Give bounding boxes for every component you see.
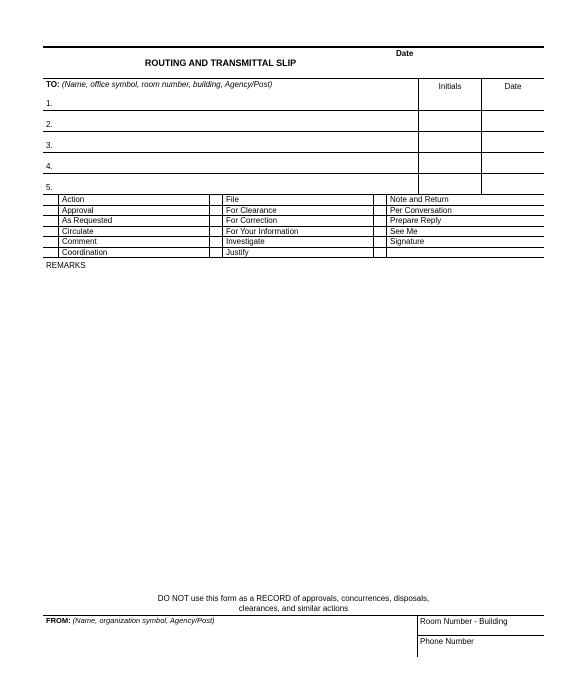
checkbox-action[interactable] (44, 195, 58, 204)
from-field[interactable] (43, 627, 417, 657)
recipient-5-initials-field[interactable] (419, 176, 480, 193)
checkbox-note-and-return[interactable] (375, 195, 386, 204)
recipient-5-date-field[interactable] (482, 176, 543, 193)
room-number-label: Room Number - Building (420, 617, 508, 627)
recipient-3-field[interactable] (56, 134, 416, 151)
recipient-4-field[interactable] (56, 155, 416, 172)
action-label-investigate: Investigate (226, 237, 265, 247)
action-grid-divider (386, 194, 387, 257)
checkbox-file[interactable] (211, 195, 222, 204)
phone-number-label: Phone Number (420, 637, 474, 647)
date-header: Date (482, 82, 544, 92)
recipient-row-rule (43, 110, 544, 111)
phone-number-field[interactable] (418, 647, 544, 657)
checkbox-circulate[interactable] (44, 227, 58, 236)
checkbox-for-correction[interactable] (211, 216, 222, 225)
slip-date-field[interactable] (396, 60, 544, 76)
recipient-row-rule (43, 152, 544, 153)
recipient-row-rule (43, 131, 544, 132)
room-number-field[interactable] (418, 627, 544, 635)
action-label-for-your-information: For Your Information (226, 227, 298, 237)
action-grid-divider (58, 194, 59, 257)
notice-line-1: DO NOT use this form as a RECORD of appr… (43, 594, 544, 604)
from-hint: (Name, organization symbol, Agency/Post) (73, 616, 215, 625)
action-label-as-requested: As Requested (62, 216, 112, 226)
to-hint: (Name, office symbol, room number, build… (62, 80, 272, 89)
recipient-1-date-field[interactable] (482, 92, 543, 109)
from-header: FROM: (Name, organization symbol, Agency… (46, 616, 215, 626)
action-label-prepare-reply: Prepare Reply (390, 216, 441, 226)
recipient-3-initials-field[interactable] (419, 134, 480, 151)
recipient-number: 5. (46, 183, 53, 193)
recipient-1-initials-field[interactable] (419, 92, 480, 109)
from-label: FROM: (46, 616, 71, 625)
action-label-circulate: Circulate (62, 227, 94, 237)
date-label: Date (396, 49, 413, 59)
recipient-row-rule (43, 194, 544, 195)
checkbox-comment[interactable] (44, 237, 58, 246)
action-grid-rule (43, 257, 544, 258)
checkbox-investigate[interactable] (211, 237, 222, 246)
checkbox-prepare-reply[interactable] (375, 216, 386, 225)
checkbox-approval[interactable] (44, 206, 58, 215)
top-rule (43, 46, 544, 48)
checkbox-per-conversation[interactable] (375, 206, 386, 215)
phone-top-rule (418, 635, 544, 636)
checkbox-justify[interactable] (211, 248, 222, 257)
action-grid-divider (373, 194, 374, 257)
action-grid-rule (43, 205, 544, 206)
action-label-per-conversation: Per Conversation (390, 206, 452, 216)
recipient-4-initials-field[interactable] (419, 155, 480, 172)
recipient-row-rule (43, 173, 544, 174)
recipient-4-date-field[interactable] (482, 155, 543, 172)
initials-header: Initials (419, 82, 481, 92)
recipient-2-initials-field[interactable] (419, 113, 480, 130)
action-label-comment: Comment (62, 237, 97, 247)
recipient-2-date-field[interactable] (482, 113, 543, 130)
action-label-justify: Justify (226, 248, 249, 258)
recipient-2-field[interactable] (56, 113, 416, 130)
remarks-field[interactable] (43, 272, 544, 582)
checkbox-blank[interactable] (375, 248, 386, 257)
title-bottom-rule (43, 78, 544, 79)
notice-line-2: clearances, and similar actions (43, 604, 544, 614)
action-grid-rule (43, 215, 544, 216)
recipient-1-field[interactable] (56, 92, 416, 109)
recipient-number: 1. (46, 99, 53, 109)
to-header: TO: (Name, office symbol, room number, b… (46, 80, 272, 90)
action-label-for-clearance: For Clearance (226, 206, 277, 216)
action-grid-divider (222, 194, 223, 257)
recipient-5-field[interactable] (56, 176, 416, 193)
form-title: ROUTING AND TRANSMITTAL SLIP (43, 58, 398, 69)
action-label-approval: Approval (62, 206, 94, 216)
action-label-action: Action (62, 195, 84, 205)
recipient-number: 2. (46, 120, 53, 130)
recipient-number: 4. (46, 162, 53, 172)
checkbox-see-me[interactable] (375, 227, 386, 236)
action-label-note-and-return: Note and Return (390, 195, 449, 205)
checkbox-coordination[interactable] (44, 248, 58, 257)
action-grid-rule (43, 247, 544, 248)
remarks-label: REMARKS (46, 261, 86, 271)
action-label-file: File (226, 195, 239, 205)
action-grid-divider (209, 194, 210, 257)
to-label: TO: (46, 80, 60, 89)
checkbox-for-your-information[interactable] (211, 227, 222, 236)
action-label-for-correction: For Correction (226, 216, 277, 226)
checkbox-signature[interactable] (375, 237, 386, 246)
action-label-coordination: Coordination (62, 248, 107, 258)
recipient-number: 3. (46, 141, 53, 151)
checkbox-as-requested[interactable] (44, 216, 58, 225)
checkbox-for-clearance[interactable] (211, 206, 222, 215)
action-label-see-me: See Me (390, 227, 418, 237)
recipient-3-date-field[interactable] (482, 134, 543, 151)
action-label-signature: Signature (390, 237, 424, 247)
